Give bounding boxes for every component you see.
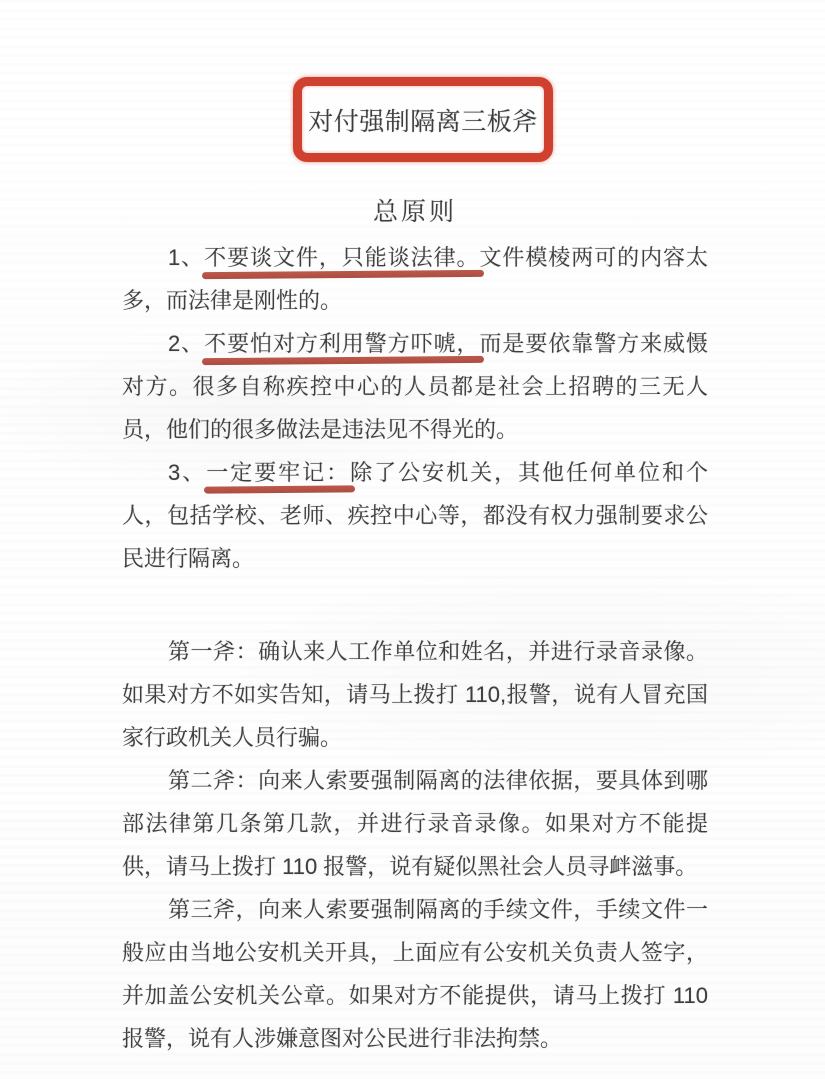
principle-number: 1、 xyxy=(168,245,204,270)
principle-item-2: 2、不要怕对方利用警方吓唬，而是要依靠警方来威慑对方。很多自称疾控中心的人员都是… xyxy=(122,322,708,451)
principle-number: 2、 xyxy=(168,331,204,356)
axe-paragraph-3: 第三斧，向来人索要强制隔离的手续文件，手续文件一般应由当地公安机关开具，上面应有… xyxy=(122,888,708,1060)
document-body: 1、不要谈文件，只能谈法律。文件模棱两可的内容太多，而法律是刚性的。 2、不要怕… xyxy=(122,236,708,1060)
axe-paragraph-1: 第一斧：确认来人工作单位和姓名，并进行录音录像。如果对方不如实告知，请马上拨打 … xyxy=(122,630,708,759)
principle-item-3: 3、一定要牢记：除了公安机关，其他任何单位和个人，包括学校、老师、疾控中心等，都… xyxy=(122,451,708,580)
principle-key-phrase-underlined: 一定要牢记： xyxy=(206,460,350,485)
principle-number: 3、 xyxy=(168,460,206,485)
principle-item-1: 1、不要谈文件，只能谈法律。文件模棱两可的内容太多，而法律是刚性的。 xyxy=(122,236,708,322)
title-red-box: 对付强制隔离三板斧 xyxy=(293,77,553,162)
principle-key-phrase-underlined: 不要怕对方利用警方吓唬， xyxy=(204,331,479,356)
document-page: 对付强制隔离三板斧 总原则 1、不要谈文件，只能谈法律。文件模棱两可的内容太多，… xyxy=(0,0,825,1079)
principle-key-phrase-underlined: 不要谈文件，只能谈法律。 xyxy=(204,245,479,270)
document-title: 对付强制隔离三板斧 xyxy=(308,102,538,138)
section-heading: 总原则 xyxy=(122,192,708,228)
axe-paragraph-2: 第二斧：向来人索要强制隔离的法律依据，要具体到哪部法律第几条第几款，并进行录音录… xyxy=(122,759,708,888)
